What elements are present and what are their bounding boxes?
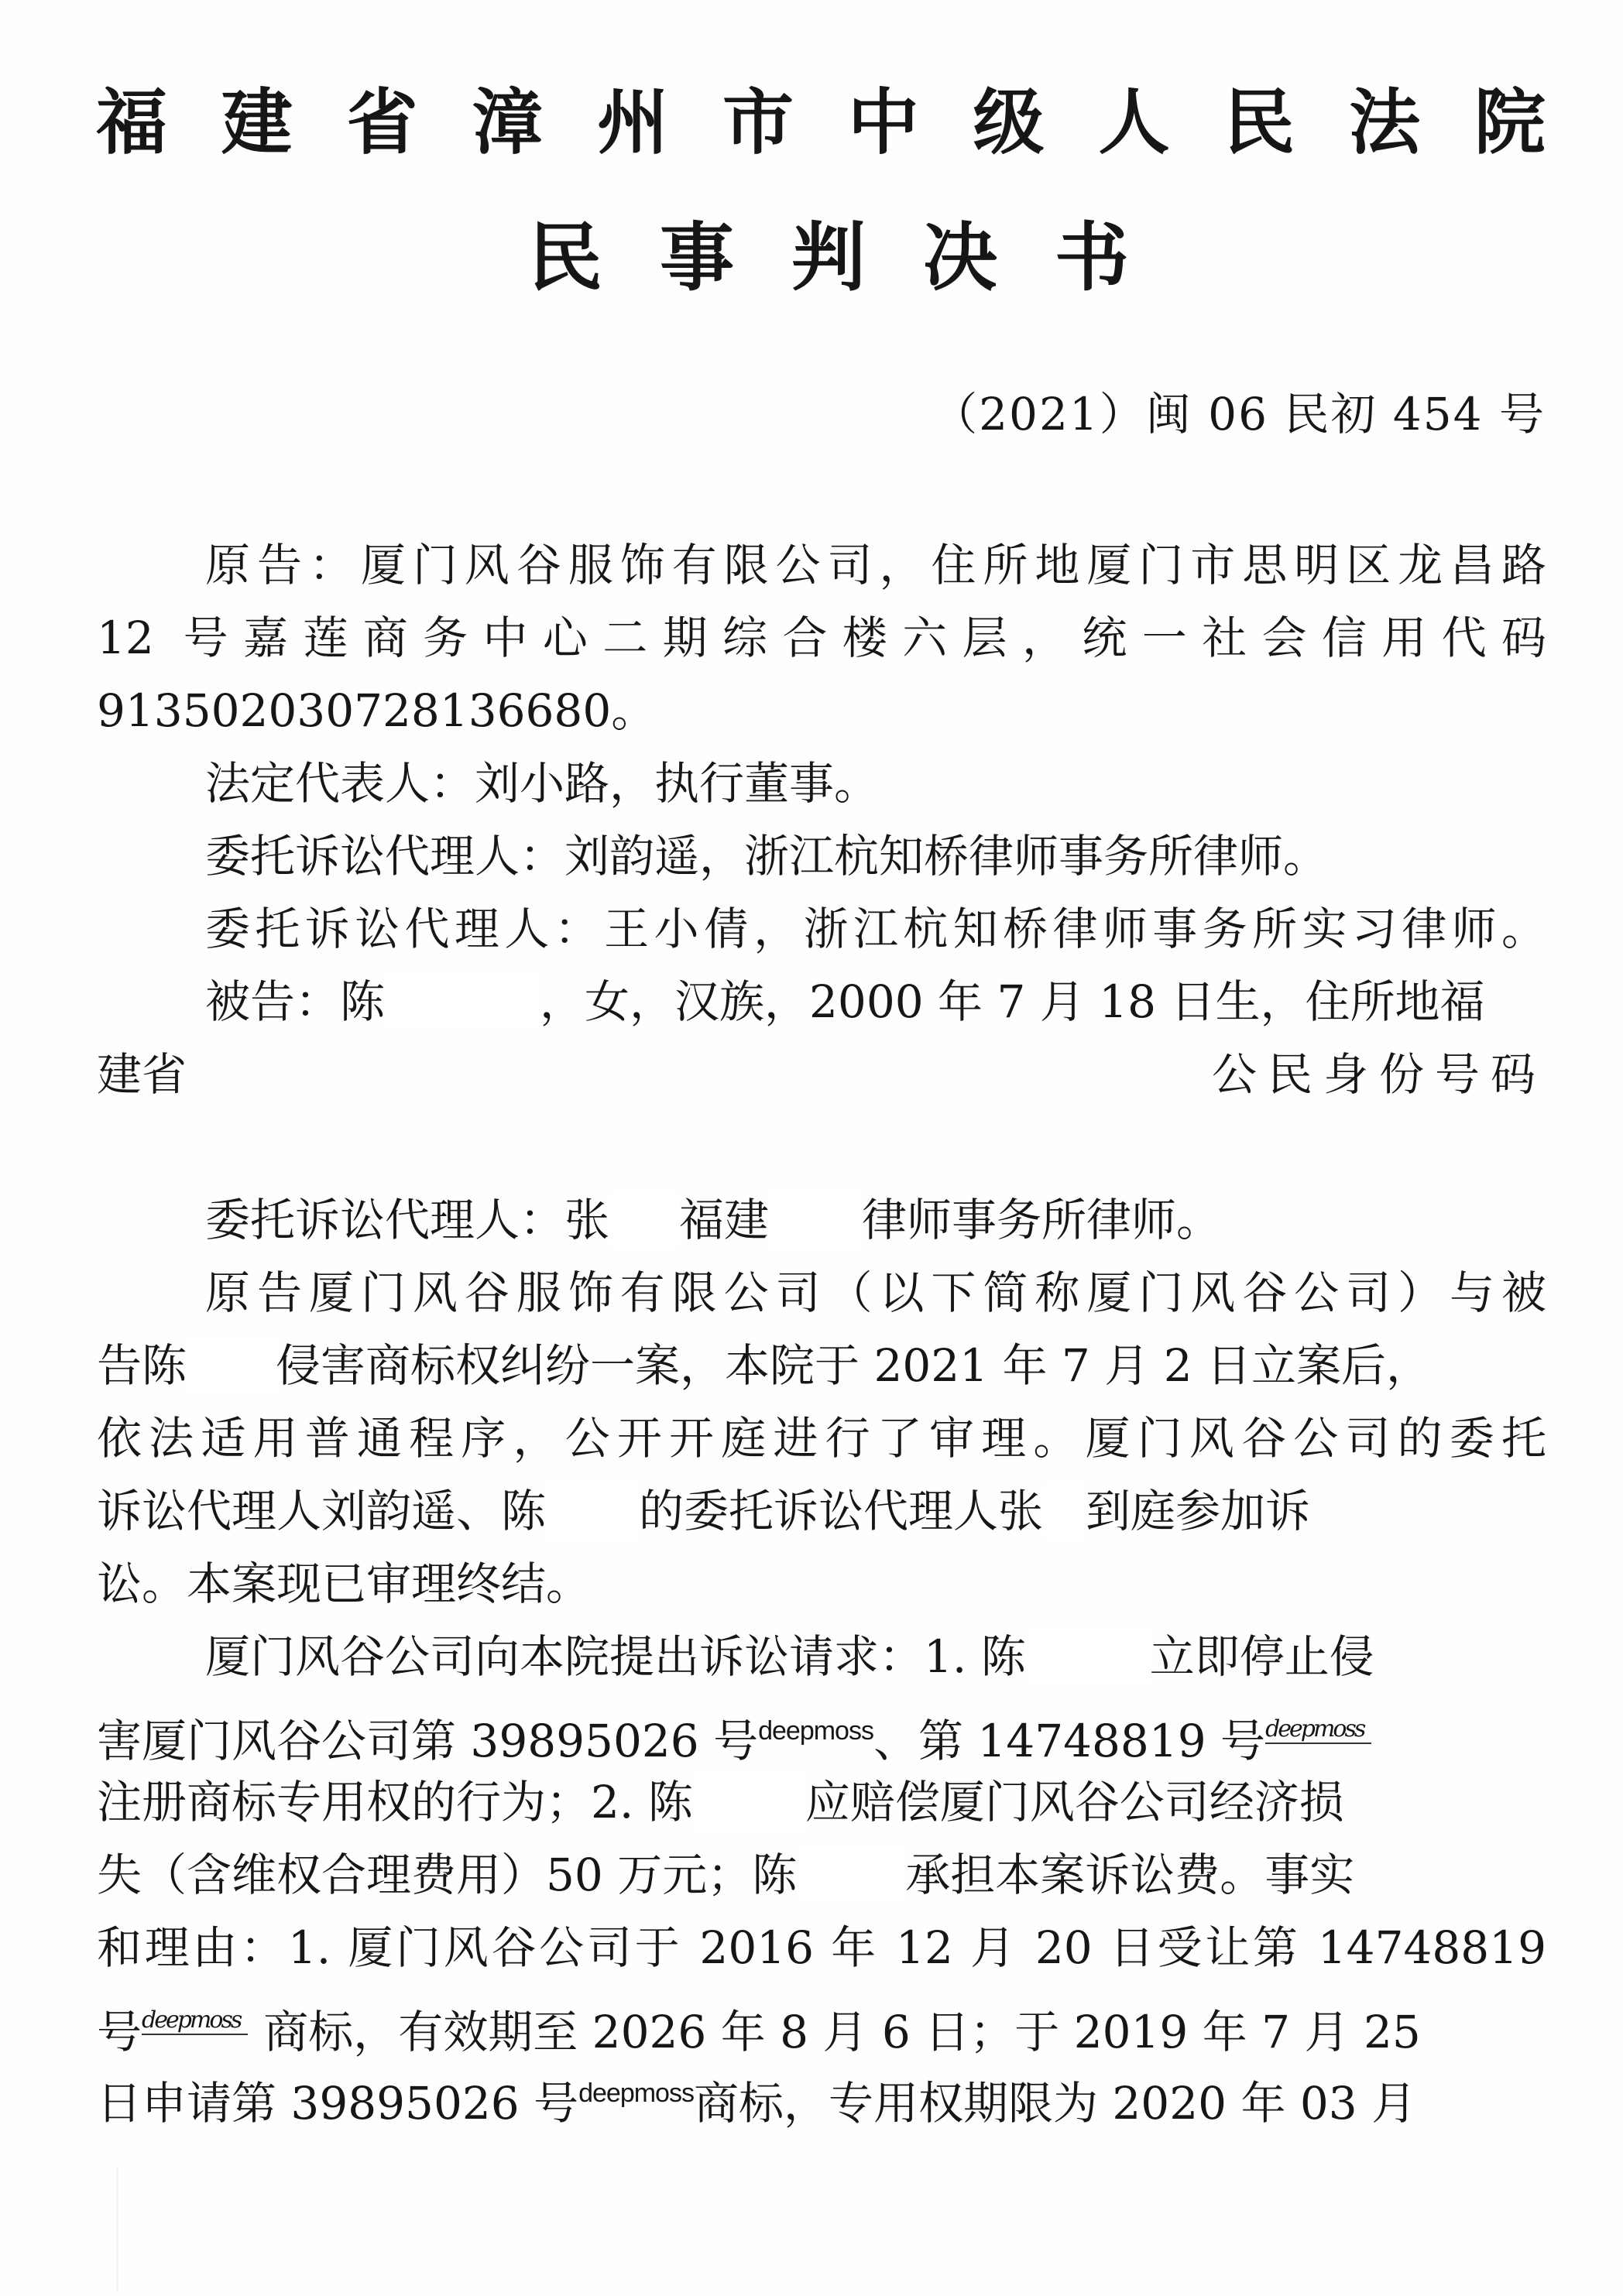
redacted-name: [385, 974, 540, 1030]
defendant-line-2: 建省 公民身份号码: [97, 1047, 1546, 1102]
para1-line-3: 依法适用普通程序，公开开庭进行了审理。厦门风谷公司的委托: [97, 1410, 1546, 1466]
legal-representative: 法定代表人：刘小路，执行董事。: [205, 756, 1546, 811]
trademark-script-image: deepmoss: [1265, 1715, 1371, 1744]
para1-line-4: 诉讼代理人刘韵遥、陈 的委托诉讼代理人张 到庭参加诉: [97, 1483, 1546, 1539]
defendant-line-1: 被告：陈 ，女，汉族，2000 年 7 月 18 日生，住所地福: [205, 974, 1546, 1030]
redacted-name: [797, 1847, 905, 1903]
redacted-name: [546, 1483, 639, 1539]
trademark-text-image: deepmoss: [758, 1716, 873, 1746]
plaintiff-agent-2: 委托诉讼代理人：王小倩，浙江杭知桥律师事务所实习律师。: [205, 901, 1546, 957]
defendant-label: 被告：陈: [205, 975, 385, 1028]
defendant-agent: 委托诉讼代理人：张 福建 律师事务所律师。: [205, 1192, 1546, 1248]
document-type-title: 民 事 判 决 书: [527, 215, 1131, 300]
para2-line-7: 日申请第 39895026 号deepmoss商标，专用权期限为 2020 年 …: [97, 2065, 1546, 2131]
judgment-page: 福 建 省 漳 州 市 中 级 人 民 法 院 民 事 判 决 书 （2021）…: [0, 0, 1623, 2296]
redacted-firm: [769, 1192, 862, 1248]
para2-line-6: 号deepmoss商标，有效期至 2026 年 8 月 6 日；于 2019 年…: [97, 1993, 1546, 2060]
plaintiff-line-2: 12 号嘉莲商务中心二期综合楼六层，统一社会信用代码: [97, 610, 1546, 666]
scan-artifact: [116, 2167, 118, 2291]
para2-line-2: 害厦门风谷公司第 39895026 号deepmoss、第 14748819 号…: [97, 1701, 1546, 1769]
plaintiff-line-1: 原告：厦门风谷服饰有限公司，住所地厦门市思明区龙昌路: [205, 537, 1546, 593]
para2-line-5: 和理由：1. 厦门风谷公司于 2016 年 12 月 20 日受让第 14748…: [97, 1920, 1546, 1976]
defendant-address-start: 建省: [97, 1048, 187, 1101]
defendant-details: ，女，汉族，2000 年 7 月 18 日生，住所地福: [540, 975, 1485, 1028]
id-number-label: 公民身份号码: [1212, 1047, 1546, 1102]
plaintiff-agent-1: 委托诉讼代理人：刘韵遥，浙江杭知桥律师事务所律师。: [205, 828, 1546, 884]
redacted-name: [187, 1338, 276, 1393]
para2-line-1: 厦门风谷公司向本院提出诉讼请求：1. 陈 立即停止侵: [205, 1629, 1546, 1684]
para1-line-5: 讼。本案现已审理终结。: [97, 1556, 1546, 1612]
para2-line-3: 注册商标专用权的行为；2. 陈 应赔偿厦门风谷公司经济损: [97, 1774, 1546, 1830]
trademark-text-image: deepmoss: [578, 2078, 694, 2108]
redacted-name: [693, 1774, 805, 1830]
redacted-id-line: [97, 1119, 1546, 1175]
para1-line-2: 告陈 侵害商标权纠纷一案，本院于 2021 年 7 月 2 日立案后，: [97, 1338, 1546, 1393]
para2-line-4: 失（含维权合理费用）50 万元；陈 承担本案诉讼费。事实: [97, 1847, 1546, 1903]
court-name: 福 建 省 漳 州 市 中 级 人 民 法 院: [93, 84, 1549, 161]
trademark-script-image: deepmoss: [142, 2006, 248, 2035]
plaintiff-line-3: 91350203072813668​0。: [97, 683, 1546, 738]
redacted-name: [1043, 1483, 1086, 1539]
para1-line-1: 原告厦门风谷服饰有限公司（以下简称厦门风谷公司）与被: [205, 1265, 1546, 1321]
redacted-name: [609, 1192, 679, 1248]
case-number: （2021）闽 06 民初 454 号: [932, 387, 1546, 441]
redacted-name: [1026, 1629, 1150, 1684]
